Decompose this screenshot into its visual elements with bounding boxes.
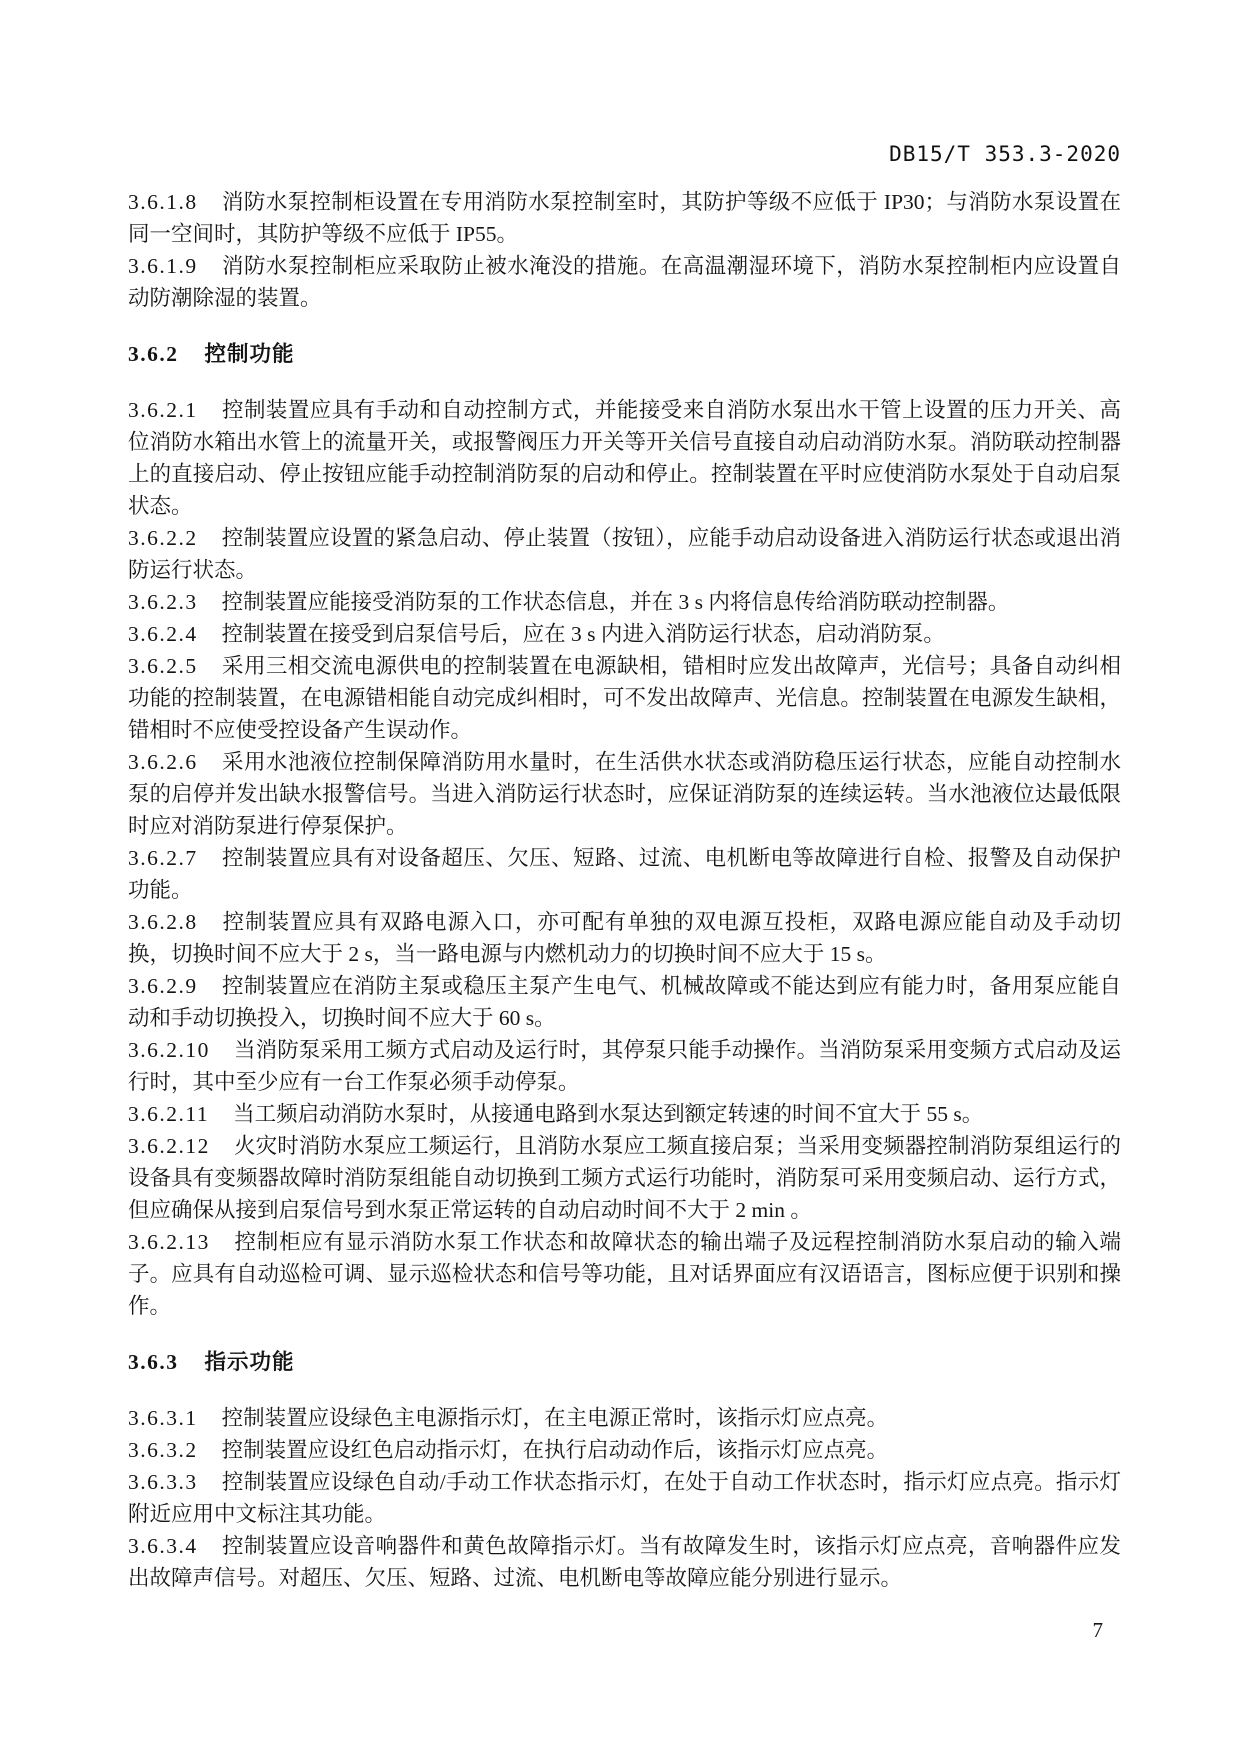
clause-3.6.2.9: 3.6.2.9控制装置应在消防主泵或稳压主泵产生电气、机械故障或不能达到应有能力… [128,970,1121,1034]
clause-number: 3.6.2.2 [128,526,198,550]
clause-number: 3.6.2.5 [128,654,198,678]
clause-text: 控制装置应设置的紧急启动、停止装置（按钮），应能手动启动设备进入消防运行状态或退… [128,526,1121,582]
clause-text: 当工频启动消防水泵时，从接通电路到水泵达到额定转速的时间不宜大于 55 s。 [233,1102,983,1126]
clause-text: 控制柜应有显示消防水泵工作状态和故障状态的输出端子及远程控制消防水泵启动的输入端… [128,1230,1121,1318]
section-number: 3.6.2 [128,342,179,366]
clause-text: 控制装置应具有手动和自动控制方式，并能接受来自消防水泵出水干管上设置的压力开关、… [128,398,1121,518]
clause-number: 3.6.3.2 [128,1438,198,1462]
clause-text: 控制装置应设绿色主电源指示灯，在主电源正常时，该指示灯应点亮。 [222,1406,889,1430]
clause-text: 控制装置应设红色启动指示灯，在执行启动动作后，该指示灯应点亮。 [222,1438,889,1462]
clause-3.6.2.11: 3.6.2.11当工频启动消防水泵时，从接通电路到水泵达到额定转速的时间不宜大于… [128,1098,1121,1130]
clause-number: 3.6.2.11 [128,1102,209,1126]
clause-3.6.2.8: 3.6.2.8控制装置应具有双路电源入口，亦可配有单独的双电源互投柜，双路电源应… [128,906,1121,970]
page-number: 7 [1093,1618,1104,1643]
clause-number: 3.6.3.1 [128,1406,198,1430]
clause-text: 控制装置应设音响器件和黄色故障指示灯。当有故障发生时，该指示灯应点亮，音响器件应… [128,1534,1121,1590]
clause-3.6.2.13: 3.6.2.13控制柜应有显示消防水泵工作状态和故障状态的输出端子及远程控制消防… [128,1226,1121,1322]
clause-number: 3.6.2.10 [128,1038,210,1062]
clause-number: 3.6.3.4 [128,1534,198,1558]
clause-3.6.1.9: 3.6.1.9消防水泵控制柜应采取防止被水淹没的措施。在高温潮湿环境下，消防水泵… [128,250,1121,314]
clause-3.6.3.1: 3.6.3.1控制装置应设绿色主电源指示灯，在主电源正常时，该指示灯应点亮。 [128,1402,1121,1434]
clause-3.6.2.10: 3.6.2.10当消防泵采用工频方式启动及运行时，其停泵只能手动操作。当消防泵采… [128,1034,1121,1098]
clause-text: 火灾时消防水泵应工频运行，且消防水泵应工频直接启泵；当采用变频器控制消防泵组运行… [128,1134,1121,1222]
clause-number: 3.6.2.6 [128,750,198,774]
section-title: 指示功能 [205,1350,295,1374]
clause-text: 控制装置应能接受消防泵的工作状态信息，并在 3 s 内将信息传给消防联动控制器。 [222,590,1010,614]
clause-number: 3.6.2.9 [128,974,198,998]
clause-number: 3.6.2.7 [128,846,198,870]
clause-number: 3.6.2.3 [128,590,198,614]
clause-text: 采用水池液位控制保障消防用水量时，在生活供水状态或消防稳压运行状态，应能自动控制… [128,750,1121,838]
clause-3.6.2.3: 3.6.2.3控制装置应能接受消防泵的工作状态信息，并在 3 s 内将信息传给消… [128,586,1121,618]
clause-text: 当消防泵采用工频方式启动及运行时，其停泵只能手动操作。当消防泵采用变频方式启动及… [128,1038,1121,1094]
clause-3.6.3.4: 3.6.3.4控制装置应设音响器件和黄色故障指示灯。当有故障发生时，该指示灯应点… [128,1530,1121,1594]
clause-text: 采用三相交流电源供电的控制装置在电源缺相，错相时应发出故障声，光信号；具备自动纠… [128,654,1121,742]
clause-number: 3.6.2.4 [128,622,198,646]
clause-text: 消防水泵控制柜设置在专用消防水泵控制室时，其防护等级不应低于 IP30；与消防水… [128,190,1121,246]
clause-number: 3.6.2.12 [128,1134,210,1158]
clause-number: 3.6.3.3 [128,1470,198,1494]
clause-3.6.3.2: 3.6.3.2控制装置应设红色启动指示灯，在执行启动动作后，该指示灯应点亮。 [128,1434,1121,1466]
clause-text: 控制装置应设绿色自动/手动工作状态指示灯，在处于自动工作状态时，指示灯应点亮。指… [128,1470,1121,1526]
section-number: 3.6.3 [128,1350,179,1374]
clause-number: 3.6.2.8 [128,910,198,934]
clause-3.6.2.7: 3.6.2.7控制装置应具有对设备超压、欠压、短路、过流、电机断电等故障进行自检… [128,842,1121,906]
section-heading-3.6.3: 3.6.3指示功能 [128,1346,1121,1378]
document-page: DB15/T 353.3-2020 3.6.1.8消防水泵控制柜设置在专用消防水… [0,0,1241,1755]
clause-3.6.2.12: 3.6.2.12火灾时消防水泵应工频运行，且消防水泵应工频直接启泵；当采用变频器… [128,1130,1121,1226]
clause-text: 控制装置应具有双路电源入口，亦可配有单独的双电源互投柜，双路电源应能自动及手动切… [128,910,1121,966]
clause-text: 消防水泵控制柜应采取防止被水淹没的措施。在高温潮湿环境下，消防水泵控制柜内应设置… [128,254,1121,310]
clause-3.6.2.4: 3.6.2.4控制装置在接受到启泵信号后，应在 3 s 内进入消防运行状态，启动… [128,618,1121,650]
clause-number: 3.6.1.8 [128,190,198,214]
section-heading-3.6.2: 3.6.2控制功能 [128,338,1121,370]
clause-3.6.3.3: 3.6.3.3控制装置应设绿色自动/手动工作状态指示灯，在处于自动工作状态时，指… [128,1466,1121,1530]
clause-text: 控制装置应具有对设备超压、欠压、短路、过流、电机断电等故障进行自检、报警及自动保… [128,846,1121,902]
document-body: 3.6.1.8消防水泵控制柜设置在专用消防水泵控制室时，其防护等级不应低于 IP… [128,186,1121,1594]
clause-number: 3.6.2.1 [128,398,198,422]
section-title: 控制功能 [205,342,295,366]
clause-number: 3.6.2.13 [128,1230,210,1254]
standard-code-header: DB15/T 353.3-2020 [128,142,1121,166]
clause-3.6.2.6: 3.6.2.6采用水池液位控制保障消防用水量时，在生活供水状态或消防稳压运行状态… [128,746,1121,842]
clause-3.6.1.8: 3.6.1.8消防水泵控制柜设置在专用消防水泵控制室时，其防护等级不应低于 IP… [128,186,1121,250]
clause-3.6.2.5: 3.6.2.5采用三相交流电源供电的控制装置在电源缺相，错相时应发出故障声，光信… [128,650,1121,746]
clause-3.6.2.1: 3.6.2.1控制装置应具有手动和自动控制方式，并能接受来自消防水泵出水干管上设… [128,394,1121,522]
clause-text: 控制装置应在消防主泵或稳压主泵产生电气、机械故障或不能达到应有能力时，备用泵应能… [128,974,1121,1030]
clause-text: 控制装置在接受到启泵信号后，应在 3 s 内进入消防运行状态，启动消防泵。 [222,622,945,646]
clause-number: 3.6.1.9 [128,254,198,278]
clause-3.6.2.2: 3.6.2.2控制装置应设置的紧急启动、停止装置（按钮），应能手动启动设备进入消… [128,522,1121,586]
